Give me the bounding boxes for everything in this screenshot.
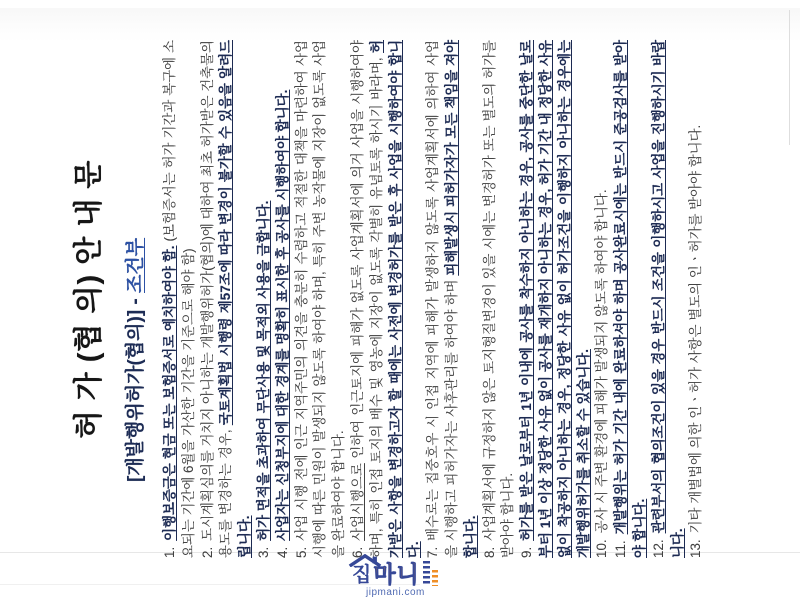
emphasized-text: 허가를 받은 날로부터 1년 이내에 공사를 착수하지 아니하는 경우, 공사를… bbox=[519, 40, 590, 558]
list-item: 13.기타 개별법에 의한 인ㆍ허가 사항은 별도의 인ㆍ허가를 받아야 합니다… bbox=[687, 40, 706, 558]
document-subtitle: [개발행위허가(협의)] - 조건부 bbox=[120, 40, 147, 482]
watermark-logo: 집 마니 bbox=[352, 550, 512, 586]
item-number: 4. bbox=[275, 541, 290, 558]
item-number: 3. bbox=[256, 541, 271, 558]
body-text: 기타 개별법에 의한 인ㆍ허가 사항은 별도의 인ㆍ허가를 받아야 합니다. bbox=[688, 125, 703, 534]
house-char: 집 bbox=[352, 564, 371, 586]
body-text: 사업계획서에 규정하지 않은 토지형질변경이 있을 시에는 변경허가 또는 별도… bbox=[482, 40, 516, 558]
list-item: 5.사업 시행 전에 인근 지역주민의 의견을 충분히 수렴하고 적절한 대책을… bbox=[293, 40, 349, 558]
subtitle-prefix: [개발행위허가(협의)] - bbox=[125, 293, 146, 482]
item-number: 13. bbox=[688, 533, 703, 558]
item-number: 11. bbox=[613, 534, 628, 558]
list-item: 1.이행보증금은 현금 또는 보험증서로 예치하여야 함. (보험증서는 허가 … bbox=[161, 40, 199, 558]
list-item: 6.사업시행으로 인하여 인근토지에 피해가 없도록 사업계획서에 의거 사업을… bbox=[349, 40, 424, 558]
watermark: 집 마니 jipmani.com bbox=[352, 550, 512, 598]
list-item: 8.사업계획서에 규정하지 않은 토지형질변경이 있을 시에는 변경허가 또는 … bbox=[481, 40, 519, 558]
body-text: 공사 시 주변 환경에 피해가 발생되지 않도록 하여야 합니다. bbox=[594, 189, 609, 533]
body-text: 사업시행으로 bbox=[350, 463, 365, 541]
list-item: 2.도시계획심의를 거치지 아니하는 개발행위허가(협의)에 대하여 최초 허가… bbox=[199, 40, 255, 558]
item-number: 12. bbox=[651, 533, 666, 558]
list-item: 3.허가 면적을 초과하여 무단사용 및 목적외 사용을 금합니다. bbox=[255, 40, 274, 558]
list-item: 11.개발행위는 허가 기간 내에 완료하셔야 하며 공사완료시에는 반드시 준… bbox=[612, 40, 650, 558]
subtitle-highlight: 조건부 bbox=[125, 238, 146, 293]
page-title: 허 가 (협 의) 안 내 문 bbox=[66, 40, 107, 558]
house-roof-icon bbox=[348, 554, 382, 567]
scanned-document-page: 허 가 (협 의) 안 내 문 [개발행위허가(협의)] - 조건부 1.이행보… bbox=[0, 0, 800, 600]
item-number: 1. bbox=[162, 541, 177, 558]
watermark-domain: jipmani.com bbox=[366, 587, 512, 598]
item-number: 5. bbox=[294, 541, 309, 558]
item-number: 9. bbox=[519, 541, 534, 558]
house-icon: 집 bbox=[352, 554, 371, 586]
list-item: 7.배수로는 집중호우 시 인접 지역에 피해가 발생하지 않도록 사업계획서에… bbox=[424, 40, 480, 558]
item-number: 10. bbox=[594, 533, 609, 558]
emphasized-text: 사업자는 신청부지에 대한 경계를 명확히 표시한 후 공사를 시행하여야 합니… bbox=[275, 90, 290, 541]
document-content: 허 가 (협 의) 안 내 문 [개발행위허가(협의)] - 조건부 1.이행보… bbox=[0, 0, 706, 600]
emphasized-text: 이행보증금은 현금 또는 보험증서로 예치하여야 함. bbox=[162, 246, 177, 541]
notice-list: 1.이행보증금은 현금 또는 보험증서로 예치하여야 함. (보험증서는 허가 … bbox=[161, 40, 706, 558]
emphasized-text: 관련부서의 협의조건이 있을 경우 반드시 조건을 이행하시고 사업을 진행하시… bbox=[651, 40, 685, 558]
emphasized-text: 개발행위는 허가 기간 내에 완료하셔야 하며 공사완료시에는 반드시 준공검사… bbox=[613, 40, 647, 558]
list-item: 10.공사 시 주변 환경에 피해가 발생되지 않도록 하여야 합니다. bbox=[593, 40, 612, 558]
building-icon bbox=[423, 561, 438, 586]
list-item: 4.사업자는 신청부지에 대한 경계를 명확히 표시한 후 공사를 시행하여야 … bbox=[274, 40, 293, 558]
emphasized-text: 허가 면적을 초과하여 무단사용 및 목적외 사용을 금합니다. bbox=[256, 201, 271, 541]
item-number: 2. bbox=[200, 541, 215, 558]
body-text: 사업 시행 전에 인근 지역주민의 의견을 충분히 수렴하고 적절한 대책을 마… bbox=[294, 40, 347, 558]
list-item: 12.관련부서의 협의조건이 있을 경우 반드시 조건을 이행하시고 사업을 진… bbox=[650, 40, 688, 558]
list-item: 9.허가를 받은 날로부터 1년 이내에 공사를 착수하지 아니하는 경우, 공… bbox=[518, 40, 593, 558]
